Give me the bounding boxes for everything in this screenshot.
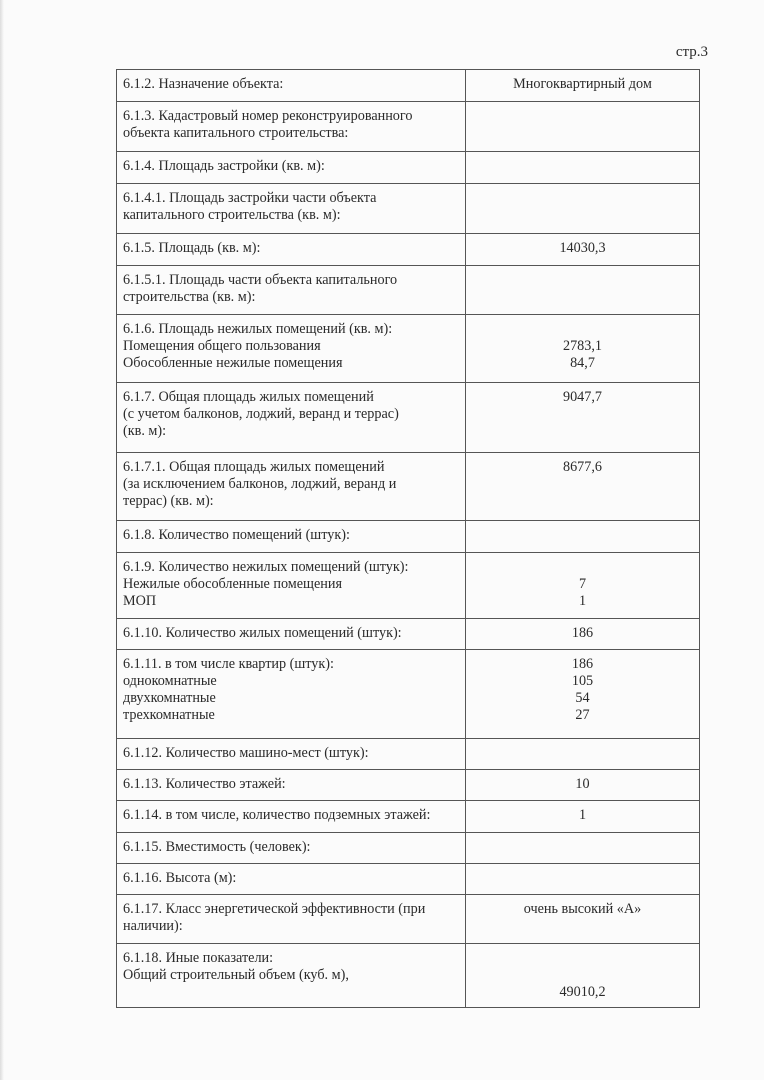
object-characteristics-table: 6.1.2. Назначение объекта:Многоквартирны… xyxy=(116,69,700,1008)
label-line: 6.1.14. в том числе, количество подземны… xyxy=(123,807,459,824)
label-line: 6.1.2. Назначение объекта: xyxy=(123,76,459,93)
table-row: 6.1.15. Вместимость (человек): xyxy=(117,833,700,864)
row-label: 6.1.7. Общая площадь жилых помещений(с у… xyxy=(117,383,466,453)
label-line: 6.1.7.1. Общая площадь жилых помещений xyxy=(123,459,459,476)
value-line: 49010,2 xyxy=(472,984,693,1001)
label-line: строительства (кв. м): xyxy=(123,289,459,306)
row-label: 6.1.13. Количество этажей: xyxy=(117,770,466,801)
row-value: 2783,184,7 xyxy=(466,315,700,383)
row-label: 6.1.16. Высота (м): xyxy=(117,864,466,895)
table-row: 6.1.4. Площадь застройки (кв. м): xyxy=(117,152,700,184)
label-line: 6.1.15. Вместимость (человек): xyxy=(123,839,459,856)
page-number: стр.3 xyxy=(676,44,708,61)
row-value xyxy=(466,266,700,315)
row-label: 6.1.4. Площадь застройки (кв. м): xyxy=(117,152,466,184)
value-line xyxy=(472,967,693,984)
row-value: 1861055427 xyxy=(466,650,700,739)
row-label: 6.1.10. Количество жилых помещений (штук… xyxy=(117,619,466,650)
row-value: 14030,3 xyxy=(466,234,700,266)
label-line: 6.1.4.1. Площадь застройки части объекта xyxy=(123,190,459,207)
value-line: 14030,3 xyxy=(472,240,693,257)
label-line: однокомнатные xyxy=(123,673,459,690)
row-value: 10 xyxy=(466,770,700,801)
label-line: (кв. м): xyxy=(123,423,459,440)
table-row: 6.1.18. Иные показатели:Общий строительн… xyxy=(117,944,700,1008)
label-line: 6.1.9. Количество нежилых помещений (шту… xyxy=(123,559,459,576)
row-label: 6.1.6. Площадь нежилых помещений (кв. м)… xyxy=(117,315,466,383)
label-line: 6.1.16. Высота (м): xyxy=(123,870,459,887)
row-label: 6.1.17. Класс энергетической эффективнос… xyxy=(117,895,466,944)
label-line: Общий строительный объем (куб. м), xyxy=(123,967,459,984)
label-line: (с учетом балконов, лоджий, веранд и тер… xyxy=(123,406,459,423)
label-line: наличии): xyxy=(123,918,459,935)
value-line: 27 xyxy=(472,707,693,724)
value-line: 84,7 xyxy=(472,355,693,372)
row-value: 49010,2 xyxy=(466,944,700,1008)
row-label: 6.1.2. Назначение объекта: xyxy=(117,70,466,102)
label-line: 6.1.10. Количество жилых помещений (штук… xyxy=(123,625,459,642)
value-line: 186 xyxy=(472,656,693,673)
row-value xyxy=(466,102,700,152)
table-row: 6.1.7.1. Общая площадь жилых помещений(з… xyxy=(117,453,700,521)
row-label: 6.1.5. Площадь (кв. м): xyxy=(117,234,466,266)
value-line: 1 xyxy=(472,593,693,610)
row-value: 8677,6 xyxy=(466,453,700,521)
row-label: 6.1.8. Количество помещений (штук): xyxy=(117,521,466,553)
label-line: капитального строительства (кв. м): xyxy=(123,207,459,224)
row-value xyxy=(466,152,700,184)
value-line: 105 xyxy=(472,673,693,690)
value-line: 1 xyxy=(472,807,693,824)
label-line: 6.1.13. Количество этажей: xyxy=(123,776,459,793)
table-row: 6.1.4.1. Площадь застройки части объекта… xyxy=(117,184,700,234)
row-label: 6.1.12. Количество машино-мест (штук): xyxy=(117,739,466,770)
value-line: 9047,7 xyxy=(472,389,693,406)
label-line: 6.1.8. Количество помещений (штук): xyxy=(123,527,459,544)
label-line: террас) (кв. м): xyxy=(123,493,459,510)
scan-edge xyxy=(0,0,4,1080)
table-row: 6.1.13. Количество этажей:10 xyxy=(117,770,700,801)
table-row: 6.1.9. Количество нежилых помещений (шту… xyxy=(117,553,700,619)
value-line: 8677,6 xyxy=(472,459,693,476)
row-label: 6.1.3. Кадастровый номер реконструирован… xyxy=(117,102,466,152)
row-value xyxy=(466,521,700,553)
row-value: 186 xyxy=(466,619,700,650)
table-row: 6.1.5.1. Площадь части объекта капитальн… xyxy=(117,266,700,315)
table-row: 6.1.16. Высота (м): xyxy=(117,864,700,895)
row-value xyxy=(466,184,700,234)
label-line: 6.1.5. Площадь (кв. м): xyxy=(123,240,459,257)
label-line: 6.1.4. Площадь застройки (кв. м): xyxy=(123,158,459,175)
table-row: 6.1.2. Назначение объекта:Многоквартирны… xyxy=(117,70,700,102)
label-line: МОП xyxy=(123,593,459,610)
table-row: 6.1.3. Кадастровый номер реконструирован… xyxy=(117,102,700,152)
row-label: 6.1.14. в том числе, количество подземны… xyxy=(117,801,466,833)
value-line xyxy=(472,950,693,967)
label-line: 6.1.11. в том числе квартир (штук): xyxy=(123,656,459,673)
row-label: 6.1.9. Количество нежилых помещений (шту… xyxy=(117,553,466,619)
label-line: 6.1.5.1. Площадь части объекта капитальн… xyxy=(123,272,459,289)
row-label: 6.1.15. Вместимость (человек): xyxy=(117,833,466,864)
label-line: двухкомнатные xyxy=(123,690,459,707)
row-label: 6.1.7.1. Общая площадь жилых помещений(з… xyxy=(117,453,466,521)
row-label: 6.1.4.1. Площадь застройки части объекта… xyxy=(117,184,466,234)
row-value xyxy=(466,833,700,864)
table-row: 6.1.12. Количество машино-мест (штук): xyxy=(117,739,700,770)
table-row: 6.1.11. в том числе квартир (штук):однок… xyxy=(117,650,700,739)
label-line: Помещения общего пользования xyxy=(123,338,459,355)
value-line: очень высокий «А» xyxy=(472,901,693,918)
row-label: 6.1.18. Иные показатели:Общий строительн… xyxy=(117,944,466,1008)
value-line: 2783,1 xyxy=(472,338,693,355)
table-row: 6.1.6. Площадь нежилых помещений (кв. м)… xyxy=(117,315,700,383)
row-label: 6.1.11. в том числе квартир (штук):однок… xyxy=(117,650,466,739)
value-line xyxy=(472,559,693,576)
row-value: 71 xyxy=(466,553,700,619)
row-value: 1 xyxy=(466,801,700,833)
table-row: 6.1.5. Площадь (кв. м):14030,3 xyxy=(117,234,700,266)
label-line: 6.1.6. Площадь нежилых помещений (кв. м)… xyxy=(123,321,459,338)
row-value xyxy=(466,864,700,895)
row-value: очень высокий «А» xyxy=(466,895,700,944)
row-value: 9047,7 xyxy=(466,383,700,453)
table-row: 6.1.10. Количество жилых помещений (штук… xyxy=(117,619,700,650)
value-line: 186 xyxy=(472,625,693,642)
label-line: Обособленные нежилые помещения xyxy=(123,355,459,372)
value-line: 10 xyxy=(472,776,693,793)
table-row: 6.1.7. Общая площадь жилых помещений(с у… xyxy=(117,383,700,453)
label-line: (за исключением балконов, лоджий, веранд… xyxy=(123,476,459,493)
table-row: 6.1.17. Класс энергетической эффективнос… xyxy=(117,895,700,944)
table-row: 6.1.14. в том числе, количество подземны… xyxy=(117,801,700,833)
value-line: 7 xyxy=(472,576,693,593)
label-line: объекта капитального строительства: xyxy=(123,125,459,142)
value-line: 54 xyxy=(472,690,693,707)
row-label: 6.1.5.1. Площадь части объекта капитальн… xyxy=(117,266,466,315)
label-line: трехкомнатные xyxy=(123,707,459,724)
label-line: 6.1.7. Общая площадь жилых помещений xyxy=(123,389,459,406)
table-row: 6.1.8. Количество помещений (штук): xyxy=(117,521,700,553)
row-value: Многоквартирный дом xyxy=(466,70,700,102)
value-line xyxy=(472,321,693,338)
label-line: 6.1.12. Количество машино-мест (штук): xyxy=(123,745,459,762)
label-line: 6.1.3. Кадастровый номер реконструирован… xyxy=(123,108,459,125)
label-line: 6.1.18. Иные показатели: xyxy=(123,950,459,967)
label-line: Нежилые обособленные помещения xyxy=(123,576,459,593)
value-line: Многоквартирный дом xyxy=(472,76,693,93)
row-value xyxy=(466,739,700,770)
label-line: 6.1.17. Класс энергетической эффективнос… xyxy=(123,901,459,918)
